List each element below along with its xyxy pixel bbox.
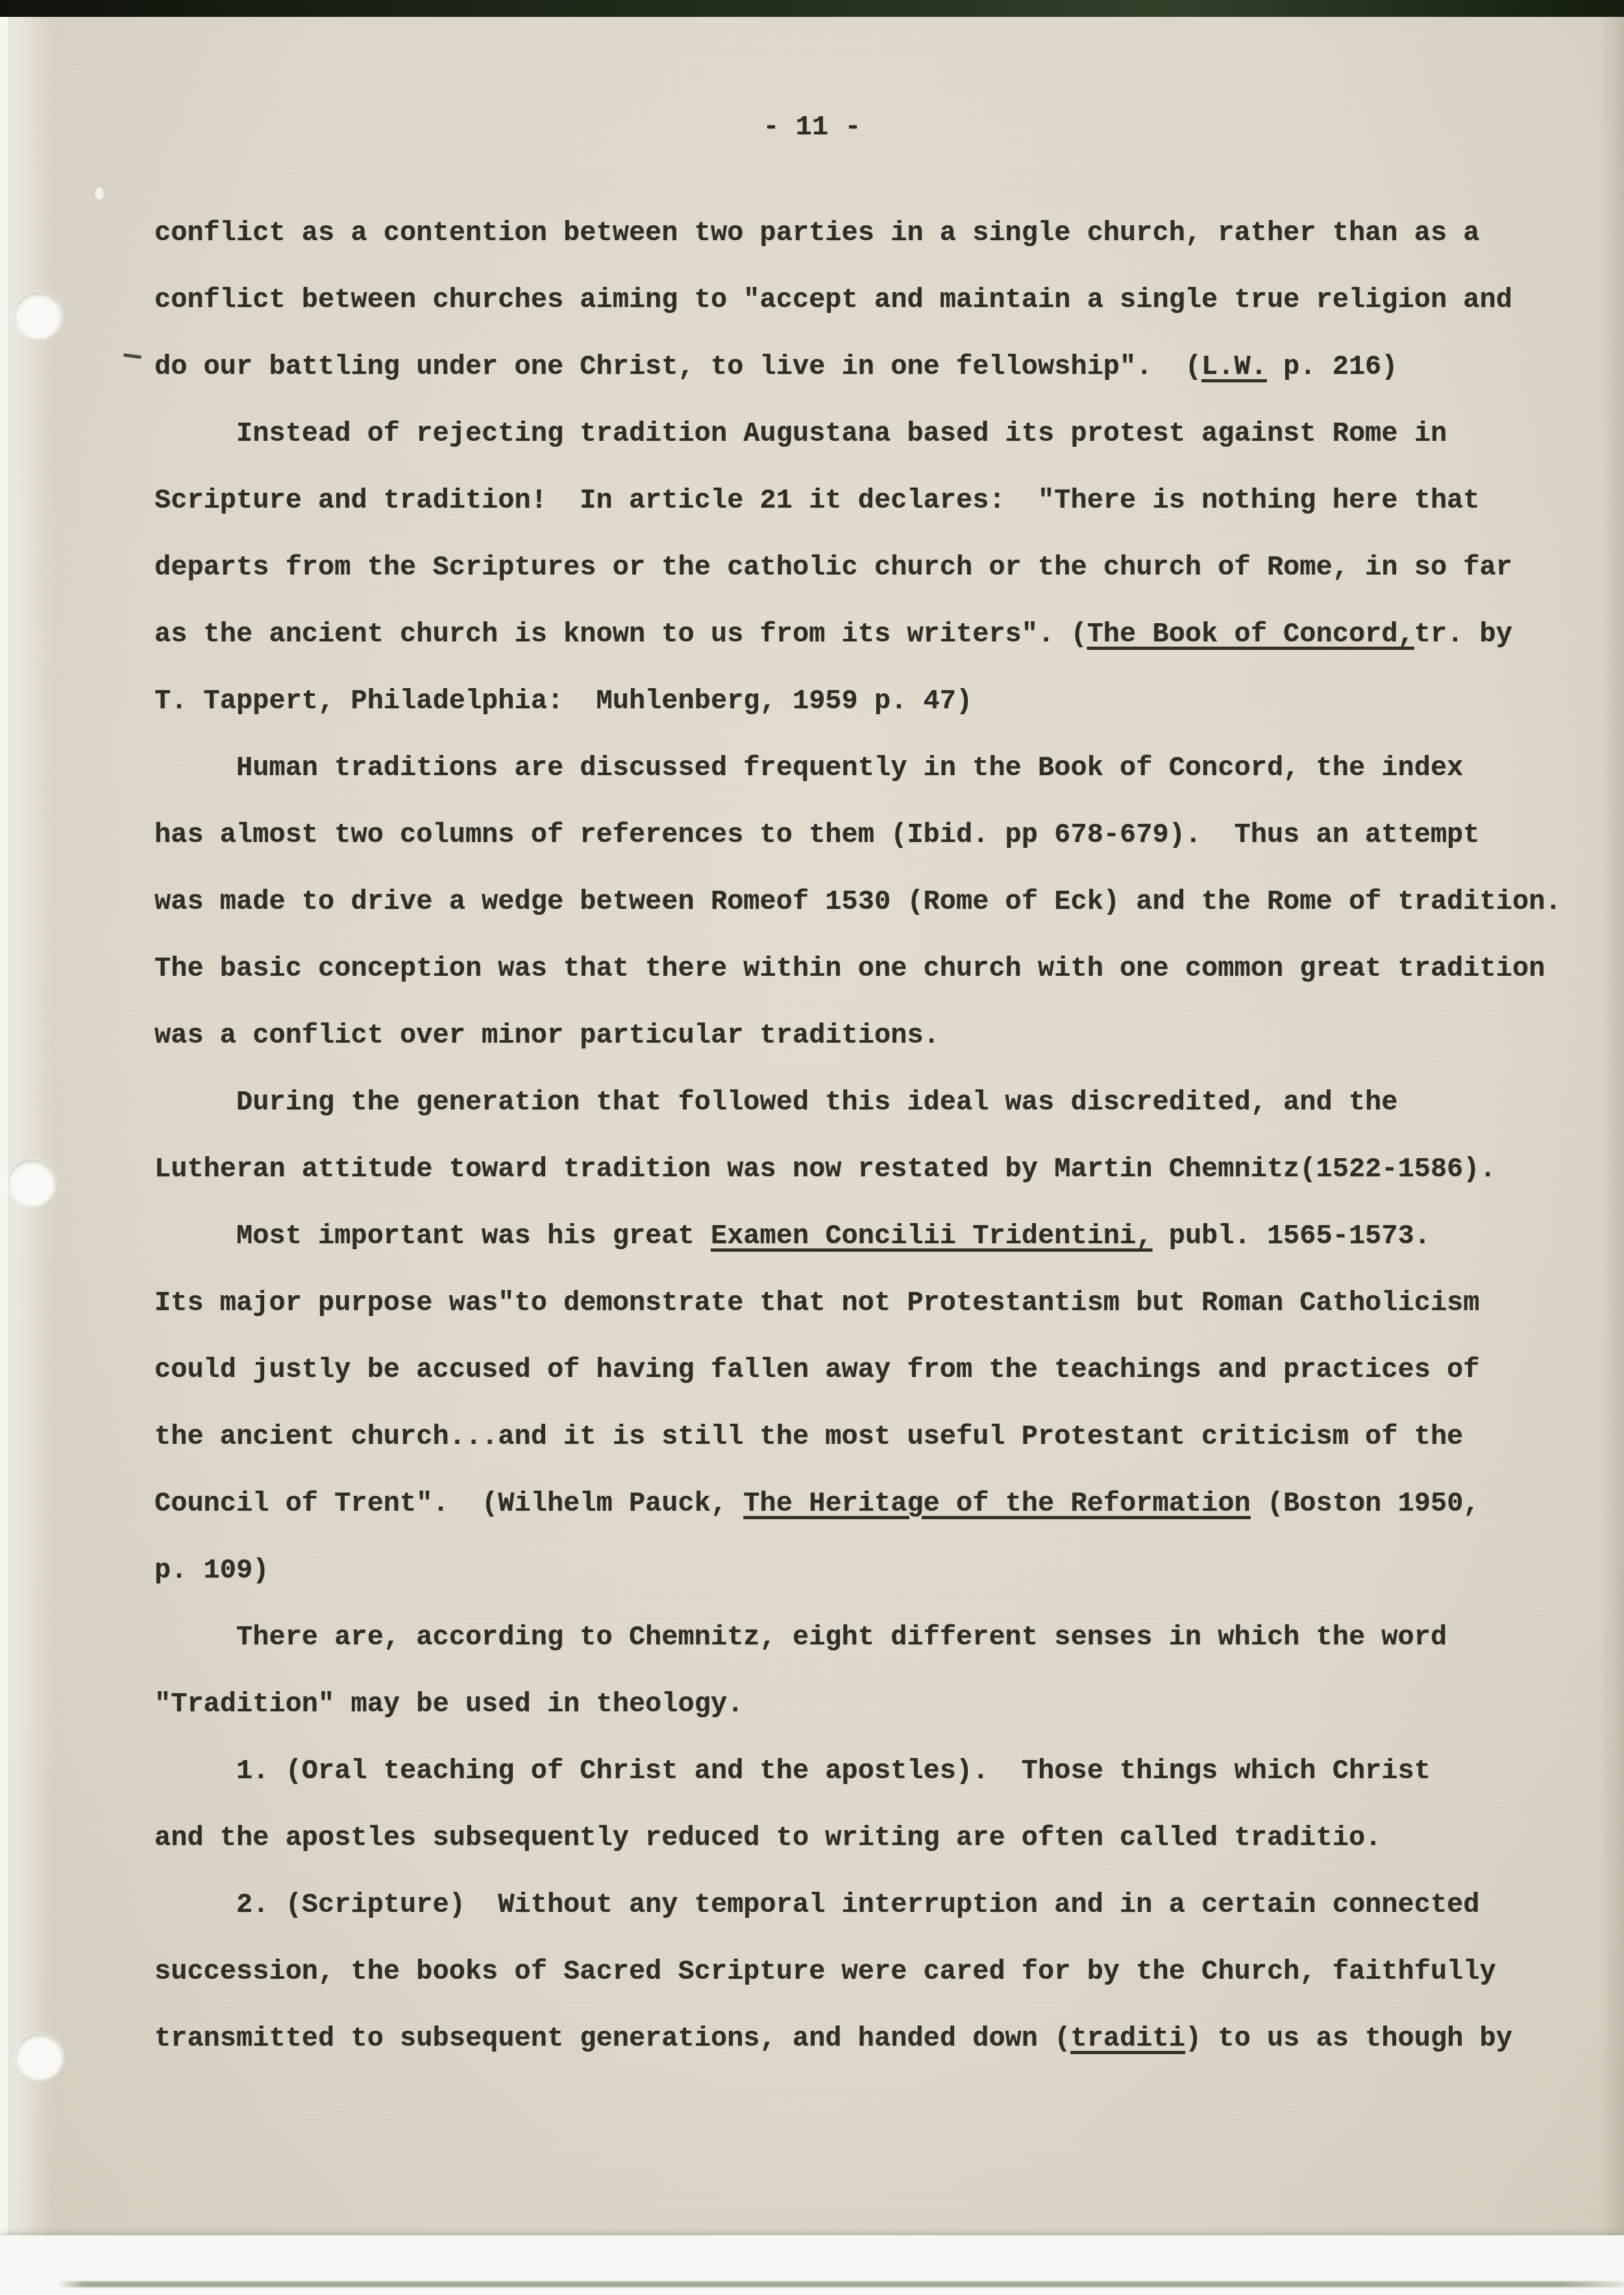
- text-line: Human traditions are discussed frequentl…: [154, 735, 1602, 802]
- text-line: 2. (Scripture) Without any temporal inte…: [154, 1872, 1602, 1939]
- text-line: departs from the Scriptures or the catho…: [154, 534, 1602, 601]
- text-block: conflict as a contention between two par…: [154, 200, 1602, 2072]
- text-segment: transmitted to subsequent generations, a…: [154, 2023, 1070, 2054]
- text-line: the ancient church...and it is still the…: [154, 1404, 1602, 1470]
- text-segment: succession, the books of Sacred Scriptur…: [154, 1956, 1496, 1987]
- text-segment: and the apostles subsequently reduced to…: [154, 1822, 1381, 1854]
- text-line: and the apostles subsequently reduced to…: [154, 1805, 1602, 1872]
- text-segment: could justly be accused of having fallen…: [154, 1354, 1480, 1385]
- underlined-text: Examen Concilii Tridentini,: [711, 1221, 1153, 1252]
- text-line: The basic conception was that there with…: [154, 936, 1602, 1002]
- text-line: Instead of rejecting tradition Augustana…: [154, 401, 1602, 467]
- text-segment: as the ancient church is known to us fro…: [154, 619, 1087, 650]
- scan-top-edge: [0, 0, 1624, 17]
- text-line: transmitted to subsequent generations, a…: [154, 2005, 1602, 2072]
- text-segment: Human traditions are discussed frequentl…: [154, 752, 1463, 784]
- text-segment: Instead of rejecting tradition Augustana…: [154, 418, 1447, 449]
- scan-left-edge: [0, 0, 52, 2295]
- text-line: Scripture and tradition! In article 21 i…: [154, 467, 1602, 534]
- text-segment: conflict as a contention between two par…: [154, 217, 1480, 249]
- punch-hole: [16, 2033, 64, 2080]
- text-line: conflict between churches aiming to "acc…: [154, 267, 1602, 334]
- page-number: - 11 -: [0, 112, 1624, 143]
- text-segment: was a conflict over minor particular tra…: [154, 1020, 940, 1051]
- text-line: Lutheran attitude toward tradition was n…: [154, 1136, 1602, 1203]
- punch-hole: [14, 292, 62, 339]
- text-line: "Tradition" may be used in theology.: [154, 1671, 1602, 1738]
- text-segment: 2. (Scripture) Without any temporal inte…: [154, 1889, 1480, 1920]
- text-segment: The basic conception was that there with…: [154, 953, 1545, 984]
- text-line: as the ancient church is known to us fro…: [154, 601, 1602, 668]
- text-line: could justly be accused of having fallen…: [154, 1337, 1602, 1404]
- text-segment: During the generation that followed this…: [154, 1087, 1398, 1118]
- text-segment: Lutheran attitude toward tradition was n…: [154, 1154, 1496, 1185]
- scan-artifact: [123, 353, 141, 358]
- text-segment: departs from the Scriptures or the catho…: [154, 552, 1512, 583]
- text-line: There are, according to Chemnitz, eight …: [154, 1604, 1602, 1671]
- text-segment: (Boston 1950,: [1251, 1488, 1480, 1519]
- scanned-page: - 11 - conflict as a contention between …: [0, 0, 1624, 2295]
- text-segment: tr. by: [1414, 619, 1512, 650]
- text-segment: There are, according to Chemnitz, eight …: [154, 1622, 1447, 1653]
- scan-bottom-edge: [0, 2235, 1624, 2295]
- scan-bottom-line: [58, 2281, 1624, 2287]
- text-segment: was made to drive a wedge between Romeof…: [154, 886, 1562, 917]
- text-line: 1. (Oral teaching of Christ and the apos…: [154, 1738, 1602, 1805]
- underlined-text: The Heritage of the Reformation: [743, 1488, 1250, 1519]
- text-line: Most important was his great Examen Conc…: [154, 1203, 1602, 1270]
- text-segment: Council of Trent". (Wilhelm Pauck,: [154, 1488, 743, 1519]
- text-segment: the ancient church...and it is still the…: [154, 1421, 1463, 1452]
- text-line: has almost two columns of references to …: [154, 802, 1602, 869]
- punch-hole: [8, 1160, 56, 1206]
- text-segment: Scripture and tradition! In article 21 i…: [154, 485, 1480, 516]
- text-segment: ) to us as though by: [1185, 2023, 1512, 2054]
- text-line: was made to drive a wedge between Romeof…: [154, 869, 1602, 936]
- text-segment: publ. 1565-1573.: [1152, 1221, 1430, 1252]
- text-segment: T. Tappert, Philadelphia: Muhlenberg, 19…: [154, 686, 972, 717]
- text-segment: has almost two columns of references to …: [154, 819, 1480, 850]
- text-line: During the generation that followed this…: [154, 1069, 1602, 1136]
- text-segment: 1. (Oral teaching of Christ and the apos…: [154, 1755, 1431, 1787]
- text-segment: p. 109): [154, 1555, 269, 1586]
- underlined-text: The Book of Concord,: [1087, 619, 1414, 650]
- scan-artifact: [95, 187, 104, 200]
- text-line: T. Tappert, Philadelphia: Muhlenberg, 19…: [154, 668, 1602, 735]
- text-segment: do our battling under one Christ, to liv…: [154, 351, 1201, 382]
- text-line: p. 109): [154, 1537, 1602, 1604]
- text-segment: Most important was his great: [154, 1221, 711, 1252]
- text-line: was a conflict over minor particular tra…: [154, 1002, 1602, 1069]
- text-line: conflict as a contention between two par…: [154, 200, 1602, 267]
- text-line: do our battling under one Christ, to liv…: [154, 334, 1602, 401]
- underlined-text: traditi: [1070, 2023, 1185, 2054]
- text-segment: "Tradition" may be used in theology.: [154, 1689, 743, 1720]
- text-line: succession, the books of Sacred Scriptur…: [154, 1939, 1602, 2005]
- text-segment: p. 216): [1267, 351, 1398, 382]
- text-segment: Its major purpose was"to demonstrate tha…: [154, 1287, 1480, 1319]
- underlined-text: L.W.: [1201, 351, 1267, 382]
- text-line: Council of Trent". (Wilhelm Pauck, The H…: [154, 1470, 1602, 1537]
- text-segment: conflict between churches aiming to "acc…: [154, 284, 1512, 316]
- text-line: Its major purpose was"to demonstrate tha…: [154, 1270, 1602, 1337]
